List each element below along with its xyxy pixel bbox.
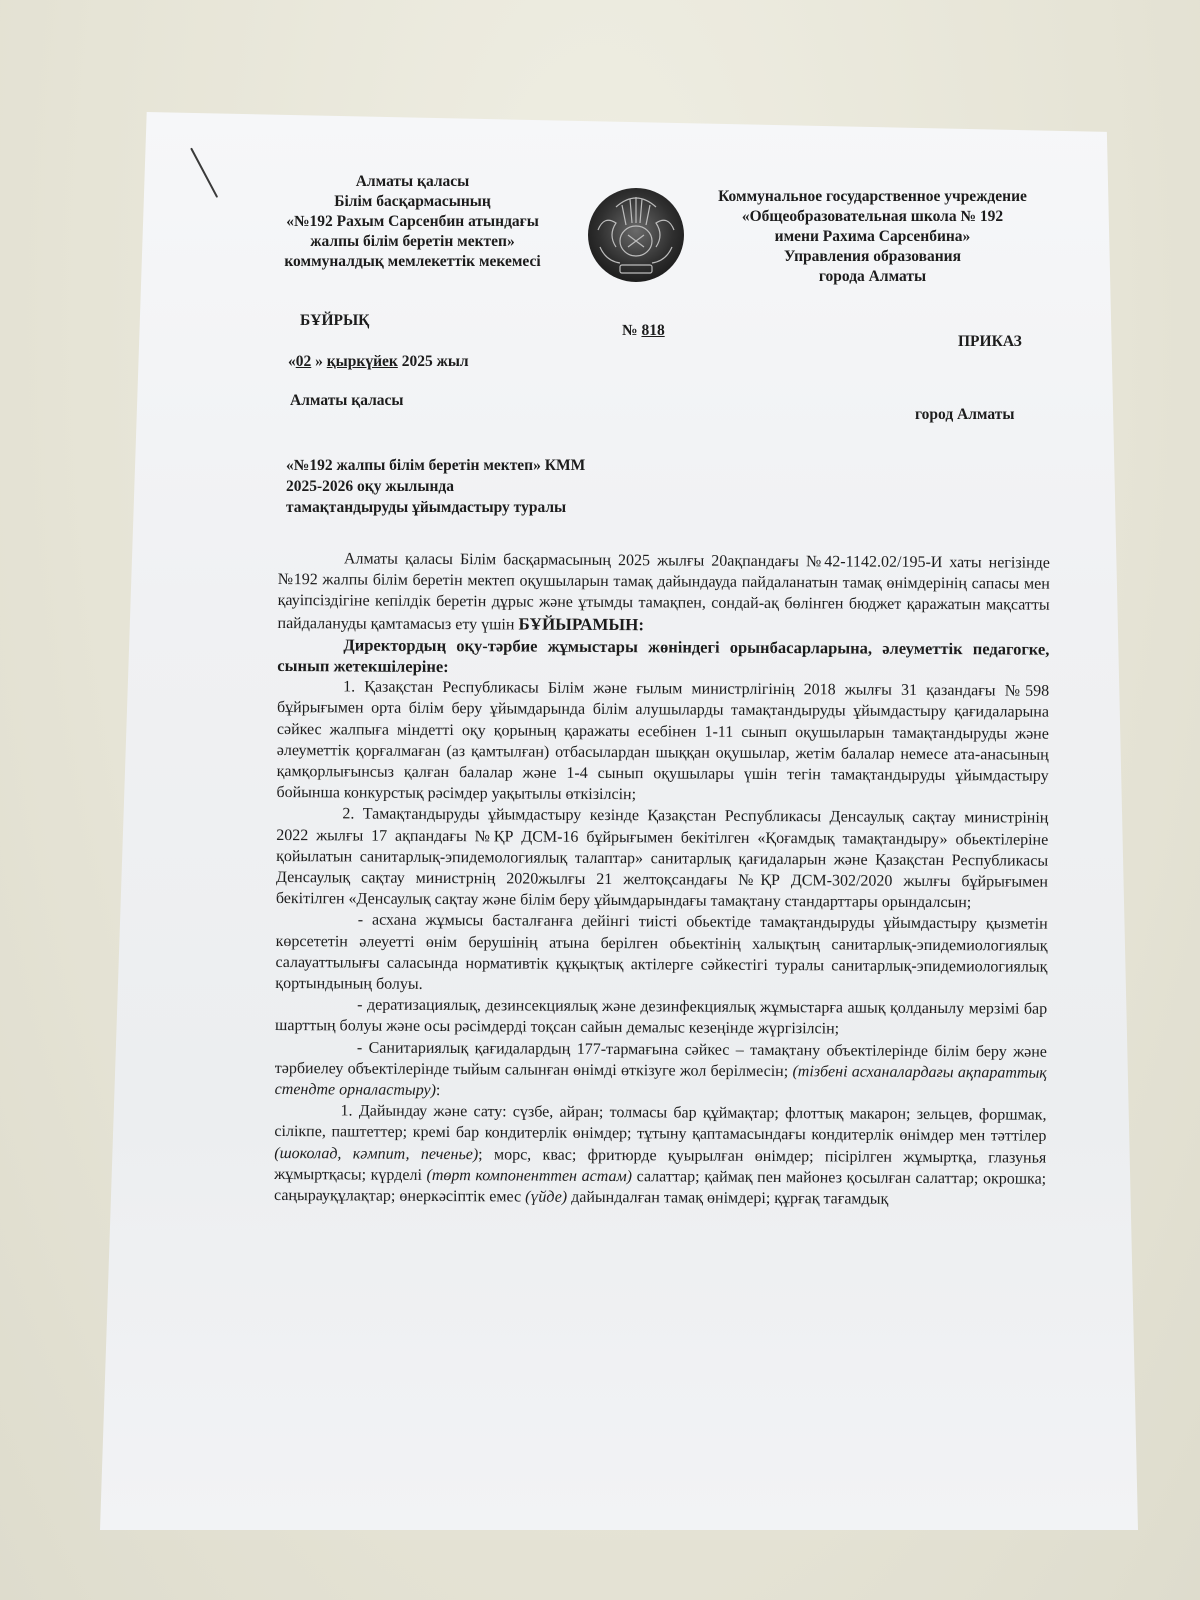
header-kz-line: Білім басқармасының <box>240 192 585 212</box>
list1-italic-2: (төрт компоненттен астам) <box>427 1167 633 1185</box>
order-number-value: 818 <box>641 322 664 339</box>
date-quote-close: » <box>311 353 327 370</box>
dash-item-2: - дератизациялық, дезинсекциялық және де… <box>275 994 1047 1041</box>
order-label-ru: ПРИКАЗ <box>958 333 1022 351</box>
title-line: тамақтандыруды ұйымдастыру туралы <box>286 497 746 518</box>
intro-paragraph: Алматы қаласы Білім басқармасының 2025 ж… <box>277 548 1050 639</box>
state-emblem-icon <box>585 185 687 285</box>
order-body: Алматы қаласы Білім басқармасының 2025 ж… <box>274 548 1050 1211</box>
header-ru-line: города Алматы <box>680 267 1065 287</box>
list1-text-a: 1. Дайындау және сату: сүзбе, айран; тол… <box>274 1103 1046 1146</box>
dash3-end: : <box>436 1082 441 1099</box>
list1-italic-1: (шоколад, кәмпит, печенье) <box>274 1145 478 1163</box>
addressee-paragraph: Директордың оқу-тәрбие жұмыстары жөнінде… <box>277 634 1049 681</box>
city-kz: Алматы қаласы <box>290 392 404 410</box>
number-sign: № <box>622 322 638 339</box>
header-russian: Коммунальное государственное учреждение … <box>680 187 1065 287</box>
city-ru: город Алматы <box>915 406 1014 424</box>
title-line: 2025-2026 оқу жылында <box>286 476 746 497</box>
header-ru-line: Коммунальное государственное учреждение <box>680 187 1065 207</box>
intro-text: Алматы қаласы Білім басқармасының 2025 ж… <box>277 550 1049 633</box>
header-kz-line: «№192 Рахым Сарсенбин атындағы <box>240 212 585 232</box>
header-kz-line: Алматы қаласы <box>240 172 585 192</box>
date-day: 02 <box>296 353 312 370</box>
order-number: № 818 <box>622 322 665 340</box>
header-ru-line: Управления образования <box>680 247 1065 267</box>
dash-item-1: - асхана жұмысы басталғанға дейінгі тиіс… <box>275 909 1048 999</box>
header-kz-line: коммуналдық мемлекеттік мекемесі <box>240 252 585 272</box>
order-date: «02 » қыркүйек 2025 жыл <box>288 353 469 371</box>
order-title: «№192 жалпы білім беретін мектеп» КММ 20… <box>286 455 746 518</box>
date-quote-open: « <box>288 353 296 370</box>
list1-text-d: дайындалған тамақ өнімдері; құрғақ тағам… <box>567 1189 888 1208</box>
header-ru-line: «Общеобразовательная школа № 192 <box>680 207 1065 227</box>
date-month: қыркүйек <box>327 353 398 370</box>
dash-item-3: - Санитариялық қағидалардың 177-тармағын… <box>275 1037 1047 1105</box>
title-line: «№192 жалпы білім беретін мектеп» КММ <box>286 455 746 476</box>
header-kazakh: Алматы қаласы Білім басқармасының «№192 … <box>240 172 585 272</box>
header-ru-line: имени Рахима Сарсенбина» <box>680 227 1065 247</box>
list1-italic-3: (үйде) <box>525 1189 567 1206</box>
date-year: 2025 жыл <box>398 353 469 370</box>
item-1: 1. Қазақстан Республикасы Білім және ғыл… <box>276 676 1049 808</box>
list-item-1: 1. Дайындау және сату: сүзбе, айран; тол… <box>274 1100 1047 1211</box>
order-label-kz: БҰЙРЫҚ <box>300 312 369 330</box>
order-word: БҰЙЫРАМЫН: <box>518 614 644 634</box>
header-kz-line: жалпы білім беретін мектеп» <box>240 232 585 252</box>
item-2: 2. Тамақтандыруды ұйымдастыру кезінде Қа… <box>276 803 1049 914</box>
